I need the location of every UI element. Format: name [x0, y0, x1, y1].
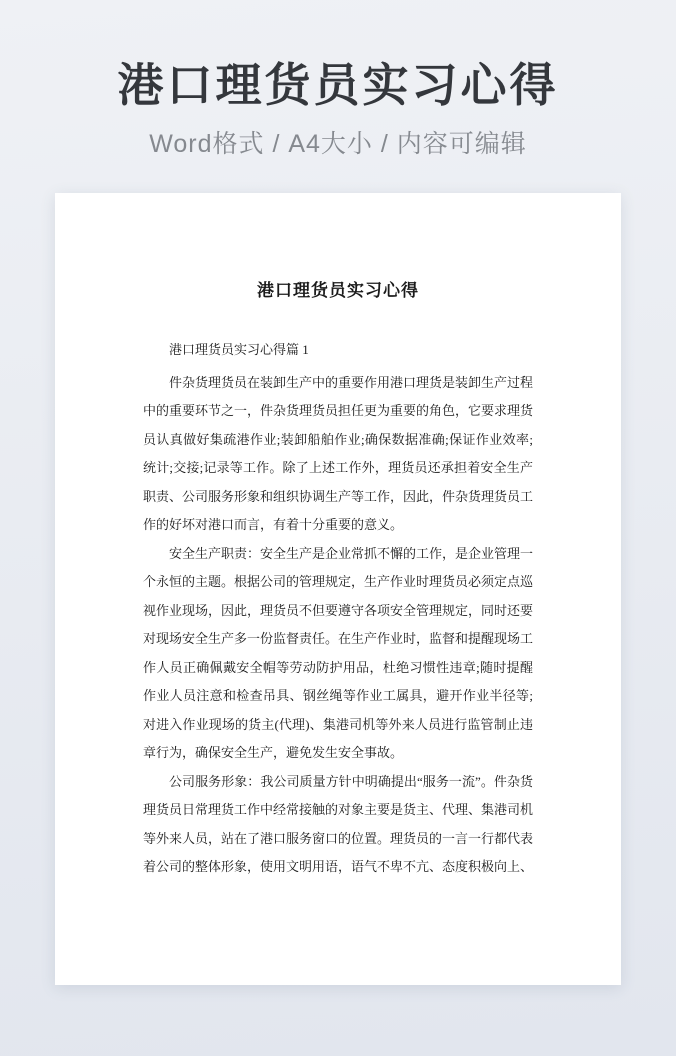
document-title: 港口理货员实习心得: [143, 277, 533, 306]
paragraph: 安全生产职责：安全生产是企业常抓不懈的工作，是企业管理一个永恒的主题。根据公司的…: [143, 540, 533, 768]
page-title: 港口理货员实习心得: [0, 60, 676, 111]
page-subtitle: Word格式 / A4大小 / 内容可编辑: [0, 124, 676, 160]
document-body: 港口理货员实习心得篇 1 件杂货理货员在装卸生产中的重要作用港口理货是装卸生产过…: [143, 336, 533, 882]
paragraph: 件杂货理货员在装卸生产中的重要作用港口理货是装卸生产过程中的重要环节之一，件杂货…: [143, 369, 533, 540]
section-heading: 港口理货员实习心得篇 1: [143, 336, 533, 365]
paragraph: 公司服务形象：我公司质量方针中明确提出“服务一流”。件杂货理货员日常理货工作中经…: [143, 768, 533, 882]
paragraph-list: 件杂货理货员在装卸生产中的重要作用港口理货是装卸生产过程中的重要环节之一，件杂货…: [143, 369, 533, 882]
header-banner: 港口理货员实习心得 Word格式 / A4大小 / 内容可编辑: [0, 0, 676, 160]
page-background: 港口理货员实习心得 Word格式 / A4大小 / 内容可编辑 港口理货员实习心…: [0, 0, 676, 1056]
document-page: 港口理货员实习心得 港口理货员实习心得篇 1 件杂货理货员在装卸生产中的重要作用…: [55, 193, 621, 985]
